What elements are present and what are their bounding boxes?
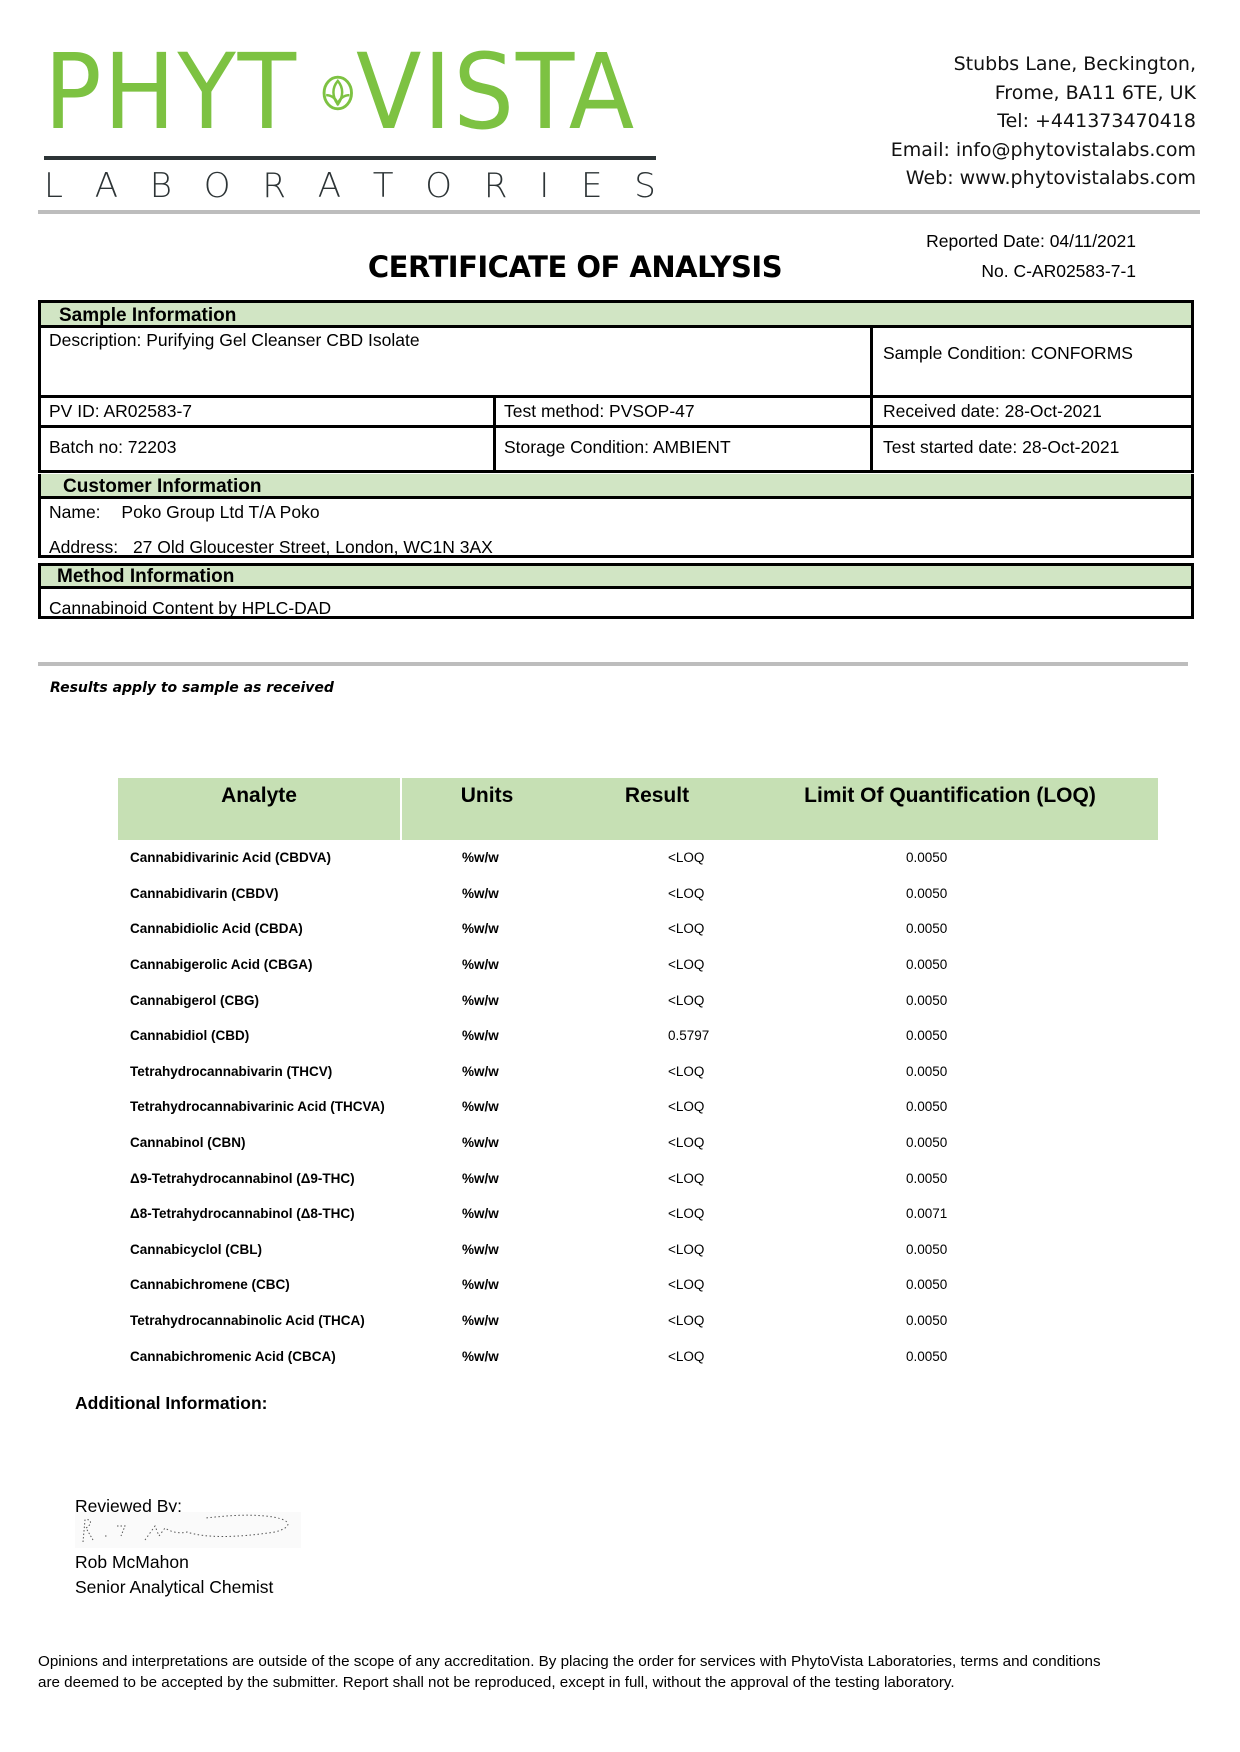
loq-cell: 0.0050 — [892, 886, 1088, 901]
units-cell: %w/w — [454, 1171, 654, 1186]
results-note: Results apply to sample as received — [50, 680, 334, 696]
company-logo: PHYT VISTA LABORATORIES — [44, 44, 660, 140]
logo-subtitle-letter: A — [318, 166, 341, 206]
result-cell: <LOQ — [654, 1099, 892, 1114]
result-cell: <LOQ — [654, 1349, 892, 1364]
received-date: Received date: 28-Oct-2021 — [870, 398, 1191, 425]
logo-subtitle: LABORATORIES — [44, 166, 656, 206]
address-line-1: Stubbs Lane, Beckington, — [891, 50, 1196, 79]
units-cell: %w/w — [454, 921, 654, 936]
analyte-cell: Cannabidivarinic Acid (CBDVA) — [118, 850, 454, 865]
units-cell: %w/w — [454, 993, 654, 1008]
column-header-loq: Limit Of Quantification (LOQ) — [742, 778, 1158, 840]
analyte-cell: Cannabichromenic Acid (CBCA) — [118, 1349, 454, 1364]
units-cell: %w/w — [454, 1028, 654, 1043]
logo-subtitle-letter: R — [484, 166, 508, 206]
units-cell: %w/w — [454, 1349, 654, 1364]
table-row: Δ8-Tetrahydrocannabinol (Δ8-THC)%w/w<LOQ… — [118, 1196, 1158, 1232]
batch-number: Batch no: 72203 — [41, 428, 493, 470]
disclaimer: Opinions and interpretations are outside… — [38, 1651, 1118, 1693]
table-row: Cannabicyclol (CBL)%w/w<LOQ0.0050 — [118, 1232, 1158, 1268]
table-row: Cannabidivarin (CBDV)%w/w<LOQ0.0050 — [118, 876, 1158, 912]
analyte-cell: Cannabigerol (CBG) — [118, 993, 454, 1008]
column-header-units: Units — [402, 778, 572, 840]
logo-subtitle-letter: L — [44, 166, 63, 206]
additional-information-label: Additional Information: — [75, 1393, 267, 1414]
customer-information-box: Customer Information Name: Poko Group Lt… — [38, 474, 1194, 558]
units-cell: %w/w — [454, 1277, 654, 1292]
loq-cell: 0.0050 — [892, 1099, 1088, 1114]
logo-subtitle-letter: E — [581, 166, 602, 206]
analyte-cell: Cannabicyclol (CBL) — [118, 1242, 454, 1257]
address-line-2: Frome, BA11 6TE, UK — [891, 79, 1196, 108]
results-table-header: Analyte Units Result Limit Of Quantifica… — [118, 778, 1158, 840]
loq-cell: 0.0050 — [892, 1349, 1088, 1364]
leaf-emblem-icon — [322, 50, 354, 136]
header-divider — [38, 210, 1200, 214]
customer-name-value: Poko Group Ltd T/A Poko — [121, 502, 319, 522]
storage-condition: Storage Condition: AMBIENT — [493, 428, 870, 470]
section-heading: Method Information — [41, 566, 1191, 589]
email: Email: info@phytovistalabs.com — [891, 136, 1196, 165]
results-table-body: Cannabidivarinic Acid (CBDVA)%w/w<LOQ0.0… — [118, 840, 1158, 1374]
loq-cell: 0.0050 — [892, 993, 1088, 1008]
loq-cell: 0.0050 — [892, 1313, 1088, 1328]
result-cell: <LOQ — [654, 886, 892, 901]
sample-condition: Sample Condition: CONFORMS — [870, 328, 1191, 395]
analyte-cell: Cannabigerolic Acid (CBGA) — [118, 957, 454, 972]
units-cell: %w/w — [454, 1242, 654, 1257]
reviewer-title: Senior Analytical Chemist — [75, 1575, 273, 1600]
table-row: Cannabidivarinic Acid (CBDVA)%w/w<LOQ0.0… — [118, 840, 1158, 876]
loq-cell: 0.0050 — [892, 1242, 1088, 1257]
result-cell: <LOQ — [654, 1171, 892, 1186]
analyte-cell: Cannabidivarin (CBDV) — [118, 886, 454, 901]
logo-subtitle-letter: O — [204, 166, 231, 206]
analyte-cell: Tetrahydrocannabivarin (THCV) — [118, 1064, 454, 1079]
pv-id: PV ID: AR02583-7 — [41, 398, 493, 425]
reviewer: Rob McMahon Senior Analytical Chemist — [75, 1550, 273, 1600]
website: Web: www.phytovistalabs.com — [891, 164, 1196, 193]
analyte-cell: Δ8-Tetrahydrocannabinol (Δ8-THC) — [118, 1206, 454, 1221]
loq-cell: 0.0050 — [892, 1277, 1088, 1292]
table-row: Δ9-Tetrahydrocannabinol (Δ9-THC)%w/w<LOQ… — [118, 1160, 1158, 1196]
units-cell: %w/w — [454, 957, 654, 972]
sample-information-box: Sample Information Description: Purifyin… — [38, 300, 1194, 473]
reviewer-name: Rob McMahon — [75, 1550, 273, 1575]
logo-subtitle-letter: O — [425, 166, 452, 206]
table-row: Cannabidiolic Acid (CBDA)%w/w<LOQ0.0050 — [118, 911, 1158, 947]
result-cell: <LOQ — [654, 1313, 892, 1328]
loq-cell: 0.0050 — [892, 957, 1088, 972]
analyte-cell: Cannabidiol (CBD) — [118, 1028, 454, 1043]
loq-cell: 0.0050 — [892, 1028, 1088, 1043]
logo-subtitle-letter: S — [634, 166, 656, 206]
column-header-result: Result — [572, 778, 742, 840]
customer-address-label: Address: — [49, 537, 118, 557]
units-cell: %w/w — [454, 1135, 654, 1150]
customer-address-value: 27 Old Gloucester Street, London, WC1N 3… — [133, 537, 493, 557]
results-table: Analyte Units Result Limit Of Quantifica… — [118, 778, 1158, 1374]
result-cell: <LOQ — [654, 957, 892, 972]
loq-cell: 0.0050 — [892, 1171, 1088, 1186]
table-row: Cannabinol (CBN)%w/w<LOQ0.0050 — [118, 1125, 1158, 1161]
result-cell: <LOQ — [654, 1242, 892, 1257]
table-row: Cannabigerol (CBG)%w/w<LOQ0.0050 — [118, 982, 1158, 1018]
section-heading: Customer Information — [41, 474, 1191, 499]
result-cell: <LOQ — [654, 1206, 892, 1221]
section-heading: Sample Information — [41, 303, 1191, 328]
loq-cell: 0.0050 — [892, 921, 1088, 936]
units-cell: %w/w — [454, 1206, 654, 1221]
analyte-cell: Tetrahydrocannabivarinic Acid (THCVA) — [118, 1099, 454, 1114]
page-title: CERTIFICATE OF ANALYSIS — [0, 250, 1150, 284]
column-header-analyte: Analyte — [118, 778, 402, 840]
logo-text-left: PHYT — [44, 44, 298, 140]
result-cell: <LOQ — [654, 993, 892, 1008]
units-cell: %w/w — [454, 886, 654, 901]
table-row: Tetrahydrocannabivarin (THCV)%w/w<LOQ0.0… — [118, 1054, 1158, 1090]
logo-subtitle-letter: A — [95, 166, 118, 206]
result-cell: 0.5797 — [654, 1028, 892, 1043]
units-cell: %w/w — [454, 850, 654, 865]
units-cell: %w/w — [454, 1313, 654, 1328]
result-cell: <LOQ — [654, 1064, 892, 1079]
table-row: Cannabichromene (CBC)%w/w<LOQ0.0050 — [118, 1267, 1158, 1303]
loq-cell: 0.0050 — [892, 850, 1088, 865]
logo-subtitle-letter: T — [373, 166, 394, 206]
telephone: Tel: +441373470418 — [891, 107, 1196, 136]
sample-description: Description: Purifying Gel Cleanser CBD … — [41, 328, 870, 395]
section-divider — [38, 662, 1188, 666]
logo-subtitle-letter: B — [150, 166, 172, 206]
method-description: Cannabinoid Content by HPLC-DAD — [41, 589, 1191, 627]
result-cell: <LOQ — [654, 1135, 892, 1150]
analyte-cell: Δ9-Tetrahydrocannabinol (Δ9-THC) — [118, 1171, 454, 1186]
units-cell: %w/w — [454, 1064, 654, 1079]
table-row: Tetrahydrocannabinolic Acid (THCA)%w/w<L… — [118, 1303, 1158, 1339]
analyte-cell: Cannabinol (CBN) — [118, 1135, 454, 1150]
logo-wordmark: PHYT VISTA — [44, 44, 660, 140]
contact-block: Stubbs Lane, Beckington, Frome, BA11 6TE… — [891, 50, 1196, 193]
signature-image — [75, 1512, 301, 1548]
result-cell: <LOQ — [654, 1277, 892, 1292]
loq-cell: 0.0071 — [892, 1206, 1088, 1221]
table-row: Cannabigerolic Acid (CBGA)%w/w<LOQ0.0050 — [118, 947, 1158, 983]
table-row: Tetrahydrocannabivarinic Acid (THCVA)%w/… — [118, 1089, 1158, 1125]
result-cell: <LOQ — [654, 850, 892, 865]
method-information-box: Method Information Cannabinoid Content b… — [38, 563, 1194, 619]
customer-name-label: Name: — [49, 502, 101, 522]
analyte-cell: Cannabidiolic Acid (CBDA) — [118, 921, 454, 936]
loq-cell: 0.0050 — [892, 1064, 1088, 1079]
logo-subtitle-letter: R — [262, 166, 286, 206]
logo-subtitle-letter: I — [539, 166, 549, 206]
result-cell: <LOQ — [654, 921, 892, 936]
table-row: Cannabidiol (CBD)%w/w0.57970.0050 — [118, 1018, 1158, 1054]
test-method: Test method: PVSOP-47 — [493, 398, 870, 425]
customer-address: Address: 27 Old Gloucester Street, Londo… — [41, 527, 1191, 555]
units-cell: %w/w — [454, 1099, 654, 1114]
customer-name: Name: Poko Group Ltd T/A Poko — [41, 499, 1191, 527]
logo-divider — [44, 156, 656, 160]
analyte-cell: Cannabichromene (CBC) — [118, 1277, 454, 1292]
logo-text-right: VISTA — [356, 44, 636, 140]
loq-cell: 0.0050 — [892, 1135, 1088, 1150]
analyte-cell: Tetrahydrocannabinolic Acid (THCA) — [118, 1313, 454, 1328]
table-row: Cannabichromenic Acid (CBCA)%w/w<LOQ0.00… — [118, 1338, 1158, 1374]
test-started-date: Test started date: 28-Oct-2021 — [870, 428, 1191, 470]
